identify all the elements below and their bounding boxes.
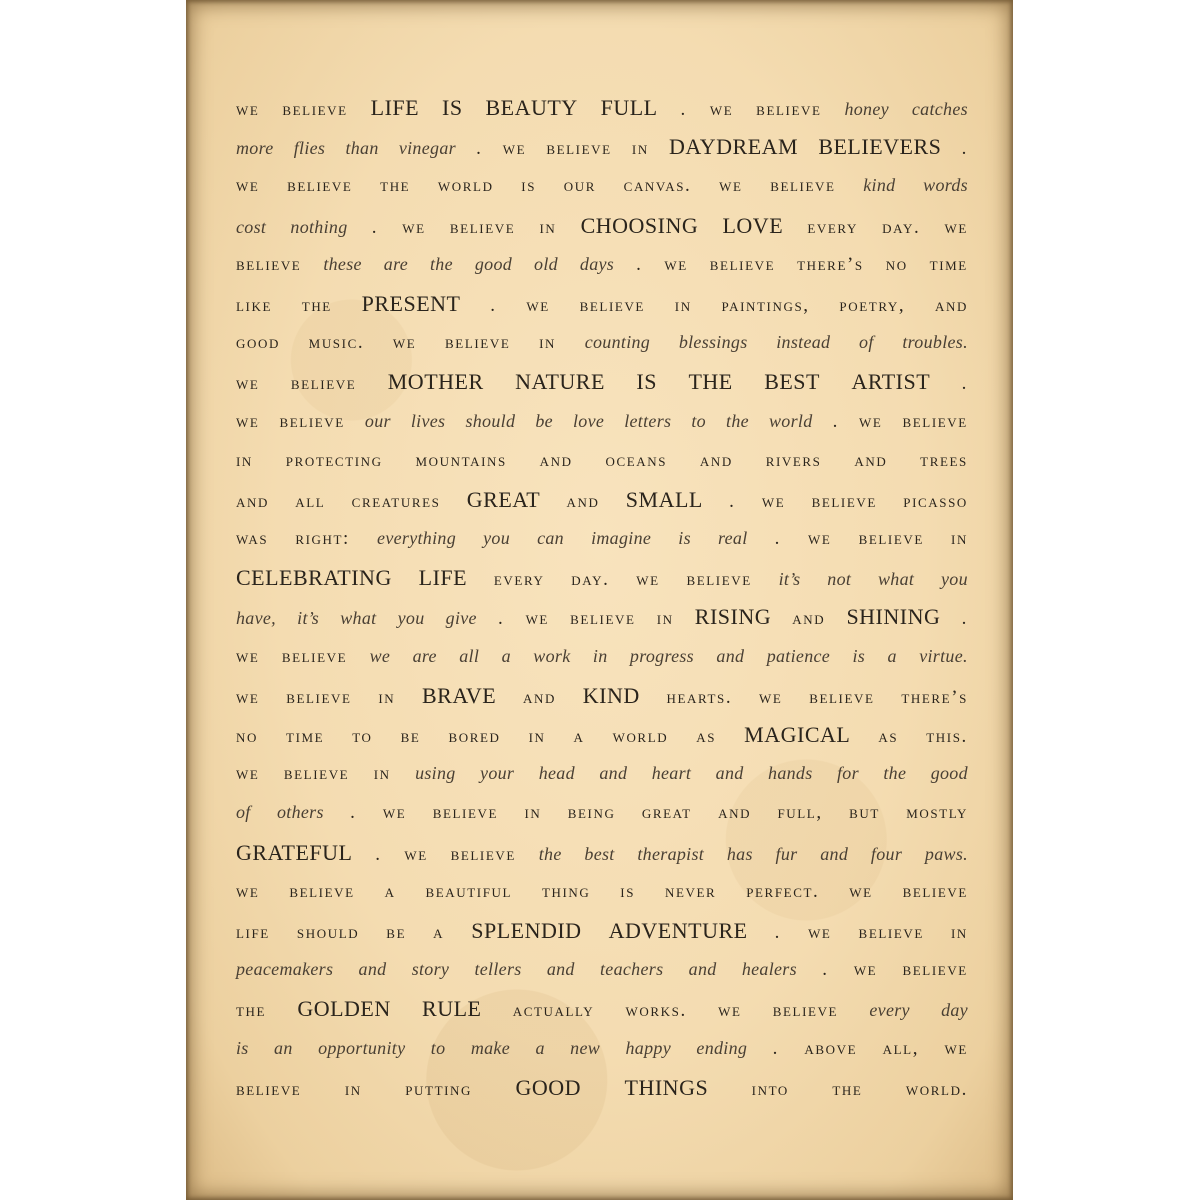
italic-phrase: the xyxy=(430,245,453,284)
italic-phrase: these xyxy=(323,245,361,284)
emphasis-phrase: FULL xyxy=(601,88,658,127)
text-phrase: putting xyxy=(405,1070,472,1109)
text-phrase: We xyxy=(808,913,831,952)
emphasis-phrase: LOVE xyxy=(722,206,783,245)
text-phrase: mountains xyxy=(415,441,506,480)
text-phrase: right: xyxy=(295,519,350,558)
italic-phrase: you xyxy=(398,599,425,638)
text-phrase: in xyxy=(539,323,556,362)
text-phrase: time xyxy=(286,717,324,756)
emphasis-phrase: GREAT xyxy=(467,480,540,519)
text-phrase: and xyxy=(792,599,825,638)
italic-phrase: imagine xyxy=(591,519,651,558)
emphasis-phrase: LIFE xyxy=(419,558,467,597)
italic-phrase: and xyxy=(689,950,717,989)
text-phrase: We xyxy=(526,599,549,638)
text-phrase: . xyxy=(962,599,968,638)
italic-phrase: can xyxy=(537,519,564,558)
emphasis-phrase: DAYDREAM xyxy=(669,127,798,166)
italic-phrase: you xyxy=(941,560,968,599)
text-phrase: great xyxy=(642,793,692,832)
emphasis-phrase: CELEBRATING xyxy=(236,558,392,597)
italic-phrase: ending xyxy=(696,1029,747,1068)
text-phrase: the xyxy=(236,991,266,1030)
text-line: goodmusic.Webelieveincountingblessingsin… xyxy=(236,323,968,362)
text-phrase: . xyxy=(775,913,781,952)
text-phrase: and xyxy=(718,793,751,832)
text-phrase: believe xyxy=(859,913,924,952)
text-phrase: We xyxy=(236,678,259,717)
italic-phrase: nothing xyxy=(290,208,347,247)
text-phrase: believe xyxy=(289,872,354,911)
emphasis-phrase: NATURE xyxy=(515,362,605,401)
manifesto-card: WebelieveLIFEISBEAUTYFULL.Webelievehoney… xyxy=(186,0,1013,1200)
italic-phrase: catches xyxy=(912,90,968,129)
italic-phrase: has xyxy=(727,835,753,874)
text-phrase: . xyxy=(833,402,839,441)
text-phrase: . xyxy=(773,1029,779,1068)
text-line: ofothers.Webelieveinbeinggreatandfull,bu… xyxy=(236,793,968,832)
italic-phrase: happy xyxy=(626,1029,672,1068)
text-phrase: in xyxy=(378,678,395,717)
italic-phrase: head xyxy=(539,754,575,793)
text-phrase: life xyxy=(236,913,270,952)
italic-phrase: days xyxy=(580,245,614,284)
emphasis-phrase: RULE xyxy=(422,989,481,1028)
text-phrase: in xyxy=(236,441,253,480)
text-phrase: no xyxy=(236,717,258,756)
italic-phrase: an xyxy=(274,1029,293,1068)
text-phrase: world xyxy=(438,166,494,205)
text-phrase: a xyxy=(574,717,585,756)
italic-phrase: and xyxy=(547,950,575,989)
italic-phrase: virtue. xyxy=(919,637,968,676)
emphasis-phrase: THE xyxy=(688,362,732,401)
text-phrase: and xyxy=(540,441,573,480)
text-phrase: and xyxy=(567,482,600,521)
text-line: believeinputtingGOODTHINGSintotheworld. xyxy=(236,1068,968,1107)
text-phrase: We xyxy=(236,166,259,205)
emphasis-phrase: BEAUTY xyxy=(485,88,577,127)
text-phrase: was xyxy=(236,519,268,558)
text-phrase: paintings, xyxy=(721,286,809,325)
italic-phrase: a xyxy=(502,637,511,676)
text-phrase: actually xyxy=(513,991,595,1030)
italic-phrase: the xyxy=(883,754,906,793)
italic-phrase: heart xyxy=(652,754,692,793)
emphasis-phrase: GRATEFUL xyxy=(236,833,352,872)
italic-phrase: counting xyxy=(585,323,650,362)
text-phrase: We xyxy=(236,754,259,793)
text-phrase: believe xyxy=(287,166,352,205)
italic-phrase: is xyxy=(852,637,865,676)
text-phrase: world xyxy=(613,717,669,756)
text-phrase: in xyxy=(951,519,968,558)
text-phrase: and xyxy=(700,441,733,480)
text-phrase: We xyxy=(808,519,831,558)
text-phrase: believe xyxy=(859,519,924,558)
italic-phrase: you xyxy=(483,519,510,558)
text-phrase: believe xyxy=(450,208,515,247)
text-phrase: We xyxy=(854,950,877,989)
text-phrase: We xyxy=(236,90,259,129)
italic-phrase: lives xyxy=(411,402,446,441)
italic-phrase: patience xyxy=(767,637,830,676)
text-phrase: creatures xyxy=(352,482,441,521)
text-phrase: there’s xyxy=(901,678,968,717)
text-phrase: in xyxy=(951,913,968,952)
italic-phrase: in xyxy=(593,637,608,676)
text-phrase: . xyxy=(372,208,378,247)
text-phrase: believe xyxy=(903,872,968,911)
italic-phrase: every xyxy=(869,991,909,1030)
text-phrase: believe xyxy=(756,90,821,129)
italic-phrase: it’s xyxy=(297,599,319,638)
text-phrase: we xyxy=(944,1029,967,1068)
text-phrase: is xyxy=(620,872,635,911)
text-phrase: believe xyxy=(570,599,635,638)
text-phrase: no xyxy=(886,245,908,284)
text-phrase: believe xyxy=(812,482,877,521)
text-line: Webelieveabeautifulthingisneverperfect.W… xyxy=(236,872,968,911)
text-phrase: . xyxy=(476,129,482,168)
text-phrase: We xyxy=(383,793,406,832)
text-phrase: believe xyxy=(279,402,344,441)
text-phrase: in xyxy=(524,793,541,832)
text-line: isanopportunitytomakeanewhappyending.Abo… xyxy=(236,1029,968,1068)
text-phrase: We xyxy=(762,482,785,521)
italic-phrase: day xyxy=(941,991,968,1030)
italic-phrase: good xyxy=(931,754,968,793)
text-phrase: believe xyxy=(282,637,347,676)
text-line: Webelievetheworldisourcanvas.Webelieveki… xyxy=(236,166,968,205)
text-line: Webelieveinusingyourheadandheartandhands… xyxy=(236,754,968,793)
emphasis-phrase: ADVENTURE xyxy=(609,911,748,950)
text-phrase: hearts. xyxy=(667,678,733,717)
text-phrase: We xyxy=(404,835,427,874)
italic-phrase: using xyxy=(415,754,456,793)
text-phrase: believe xyxy=(686,560,751,599)
italic-phrase: to xyxy=(431,1029,446,1068)
italic-phrase: work xyxy=(533,637,570,676)
italic-phrase: make xyxy=(471,1029,510,1068)
text-phrase: believe xyxy=(286,678,351,717)
text-phrase: every xyxy=(807,208,858,247)
text-phrase: a xyxy=(385,872,396,911)
text-line: CELEBRATINGLIFEeveryday.Webelieveit’snot… xyxy=(236,558,968,597)
text-phrase: believe xyxy=(451,835,516,874)
text-phrase: We xyxy=(236,637,259,676)
text-phrase: mostly xyxy=(906,793,968,832)
text-line: theGOLDENRULEactuallyworks.Webelieveever… xyxy=(236,989,968,1028)
italic-phrase: hands xyxy=(768,754,813,793)
italic-phrase: story xyxy=(412,950,450,989)
text-line: GRATEFUL.Webelievethebesttherapisthasfur… xyxy=(236,833,968,872)
text-phrase: protecting xyxy=(286,441,383,480)
text-phrase: We xyxy=(759,678,782,717)
text-phrase: bored xyxy=(448,717,500,756)
text-phrase: believe xyxy=(580,286,645,325)
text-phrase: . xyxy=(822,950,828,989)
text-line: inprotectingmountainsandoceansandriversa… xyxy=(236,441,968,480)
italic-phrase: honey xyxy=(844,90,888,129)
italic-phrase: give xyxy=(446,599,477,638)
text-phrase: We xyxy=(945,208,968,247)
italic-phrase: than xyxy=(345,129,378,168)
italic-phrase: therapist xyxy=(637,835,704,874)
text-line: peacemakersandstorytellersandteachersand… xyxy=(236,950,968,989)
text-line: Webelieveourlivesshouldbeloveletterstoth… xyxy=(236,402,968,441)
italic-phrase: the xyxy=(726,402,749,441)
text-line: costnothing.WebelieveinCHOOSINGLOVEevery… xyxy=(236,206,968,245)
text-line: likethePRESENT.Webelieveinpaintings,poet… xyxy=(236,284,968,323)
text-phrase: time xyxy=(930,245,968,284)
text-phrase: in xyxy=(345,1070,362,1109)
italic-phrase: a xyxy=(888,637,897,676)
text-phrase: day. xyxy=(882,208,920,247)
emphasis-phrase: THINGS xyxy=(625,1068,709,1107)
text-phrase: . xyxy=(962,129,968,168)
emphasis-phrase: MOTHER xyxy=(388,362,484,401)
italic-phrase: troubles. xyxy=(902,323,968,362)
text-phrase: day. xyxy=(571,560,609,599)
italic-phrase: flies xyxy=(294,129,326,168)
text-phrase: music. xyxy=(309,323,365,362)
text-phrase: in xyxy=(539,208,556,247)
italic-phrase: new xyxy=(570,1029,600,1068)
text-phrase: We xyxy=(503,129,526,168)
text-phrase: in xyxy=(529,717,546,756)
italic-phrase: and xyxy=(716,637,744,676)
text-phrase: every xyxy=(494,560,545,599)
text-phrase: there’s xyxy=(797,245,864,284)
text-phrase: believe xyxy=(445,323,510,362)
italic-phrase: blessings xyxy=(679,323,748,362)
text-phrase: and xyxy=(236,482,269,521)
italic-phrase: a xyxy=(535,1029,544,1068)
text-phrase: We xyxy=(236,872,259,911)
text-phrase: a xyxy=(433,913,444,952)
text-phrase: . xyxy=(490,286,496,325)
text-phrase: believe xyxy=(809,678,874,717)
text-phrase: We xyxy=(236,364,259,403)
italic-phrase: healers xyxy=(742,950,797,989)
emphasis-phrase: SPLENDID xyxy=(471,911,581,950)
text-phrase: in xyxy=(657,599,674,638)
text-phrase: world. xyxy=(906,1070,968,1109)
text-phrase: believe xyxy=(710,245,775,284)
text-phrase: . xyxy=(636,245,642,284)
text-phrase: We xyxy=(849,872,872,911)
emphasis-phrase: RISING xyxy=(695,597,771,636)
text-phrase: We xyxy=(393,323,416,362)
text-phrase: believe xyxy=(236,1070,301,1109)
emphasis-phrase: SMALL xyxy=(626,480,703,519)
text-phrase: We xyxy=(719,166,742,205)
text-phrase: and xyxy=(854,441,887,480)
text-phrase: works. xyxy=(626,991,687,1030)
emphasis-phrase: KIND xyxy=(583,676,640,715)
italic-phrase: four xyxy=(871,835,902,874)
italic-phrase: should xyxy=(465,402,515,441)
text-line: lifeshouldbeaSPLENDIDADVENTURE.Webelieve… xyxy=(236,911,968,950)
italic-phrase: is xyxy=(678,519,691,558)
italic-phrase: is xyxy=(236,1029,249,1068)
text-phrase: and xyxy=(523,678,556,717)
italic-phrase: and xyxy=(359,950,387,989)
text-phrase: being xyxy=(568,793,616,832)
italic-phrase: teachers xyxy=(600,950,663,989)
text-phrase: oceans xyxy=(605,441,667,480)
text-line: andallcreaturesGREATandSMALL.WebelievePi… xyxy=(236,480,968,519)
emphasis-phrase: BRAVE xyxy=(422,676,496,715)
text-phrase: Picasso xyxy=(903,482,968,521)
text-phrase: . xyxy=(729,482,735,521)
italic-phrase: real xyxy=(718,519,748,558)
italic-phrase: for xyxy=(837,754,859,793)
italic-phrase: words xyxy=(923,166,968,205)
text-phrase: believe xyxy=(546,129,611,168)
italic-phrase: instead xyxy=(776,323,830,362)
text-phrase: should xyxy=(297,913,359,952)
text-phrase: believe xyxy=(773,991,838,1030)
text-phrase: We xyxy=(636,560,659,599)
emphasis-phrase: GOOD xyxy=(516,1068,582,1107)
emphasis-phrase: SHINING xyxy=(846,597,940,636)
text-line: WebelieveMOTHERNATUREISTHEBESTARTIST. xyxy=(236,362,968,401)
italic-phrase: be xyxy=(535,402,553,441)
italic-phrase: vinegar xyxy=(399,129,456,168)
text-phrase: but xyxy=(849,793,880,832)
text-phrase: believe xyxy=(902,402,967,441)
text-line: believethesearethegoodolddays.Webelievet… xyxy=(236,245,968,284)
text-phrase: We xyxy=(859,402,882,441)
text-phrase: thing xyxy=(542,872,590,911)
italic-phrase: peacemakers xyxy=(236,950,333,989)
text-phrase: the xyxy=(832,1070,862,1109)
italic-phrase: love xyxy=(573,402,604,441)
text-phrase: like xyxy=(236,286,272,325)
text-phrase: Above xyxy=(804,1029,857,1068)
italic-phrase: progress xyxy=(630,637,694,676)
text-phrase: as xyxy=(878,717,898,756)
italic-phrase: more xyxy=(236,129,274,168)
italic-phrase: cost xyxy=(236,208,266,247)
emphasis-phrase: PRESENT xyxy=(362,284,461,323)
text-phrase: this. xyxy=(926,717,968,756)
emphasis-phrase: ARTIST xyxy=(851,362,930,401)
text-phrase: . xyxy=(350,793,356,832)
italic-phrase: best xyxy=(584,835,614,874)
text-phrase: in xyxy=(675,286,692,325)
italic-phrase: all xyxy=(459,637,479,676)
italic-phrase: have, xyxy=(236,599,276,638)
italic-phrase: of xyxy=(859,323,874,362)
text-phrase: the xyxy=(380,166,410,205)
text-phrase: . xyxy=(681,90,687,129)
italic-phrase: our xyxy=(365,402,391,441)
emphasis-phrase: MAGICAL xyxy=(744,715,850,754)
italic-phrase: to xyxy=(691,402,706,441)
italic-phrase: fur xyxy=(776,835,798,874)
italic-phrase: and xyxy=(820,835,848,874)
text-phrase: never xyxy=(665,872,716,911)
emphasis-phrase: IS xyxy=(636,362,657,401)
italic-phrase: paws. xyxy=(925,835,968,874)
italic-phrase: what xyxy=(878,560,914,599)
text-phrase: our xyxy=(564,166,596,205)
emphasis-phrase: BEST xyxy=(764,362,820,401)
text-line: wasright:everythingyoucanimagineisreal.W… xyxy=(236,519,968,558)
italic-phrase: what xyxy=(340,599,376,638)
italic-phrase: we xyxy=(370,637,391,676)
text-line: WebelieveLIFEISBEAUTYFULL.Webelievehoney… xyxy=(236,88,968,127)
text-phrase: . xyxy=(962,364,968,403)
italic-phrase: and xyxy=(716,754,744,793)
italic-phrase: your xyxy=(480,754,514,793)
emphasis-phrase: CHOOSING xyxy=(581,206,699,245)
emphasis-phrase: BELIEVERS xyxy=(818,127,941,166)
text-phrase: perfect. xyxy=(746,872,819,911)
italic-phrase: opportunity xyxy=(318,1029,405,1068)
text-phrase: believe xyxy=(284,754,349,793)
text-phrase: believe xyxy=(236,245,301,284)
text-line: WebelieveinBRAVEandKINDhearts.Webelievet… xyxy=(236,676,968,715)
italic-phrase: are xyxy=(384,245,408,284)
text-phrase: poetry, xyxy=(839,286,905,325)
italic-phrase: world xyxy=(769,402,813,441)
italic-phrase: of xyxy=(236,793,251,832)
text-phrase: the xyxy=(302,286,332,325)
text-phrase: all xyxy=(295,482,325,521)
text-phrase: be xyxy=(401,717,421,756)
italic-phrase: kind xyxy=(863,166,895,205)
text-phrase: believe xyxy=(291,364,356,403)
text-phrase: trees xyxy=(920,441,968,480)
text-phrase: in xyxy=(632,129,649,168)
text-phrase: and xyxy=(935,286,968,325)
text-phrase: in xyxy=(374,754,391,793)
italic-phrase: not xyxy=(827,560,851,599)
text-phrase: to xyxy=(352,717,372,756)
emphasis-phrase: GOLDEN xyxy=(297,989,390,1028)
emphasis-phrase: IS xyxy=(442,88,463,127)
text-phrase: We xyxy=(718,991,741,1030)
text-phrase: believe xyxy=(903,950,968,989)
text-phrase: We xyxy=(710,90,733,129)
text-phrase: canvas. xyxy=(624,166,692,205)
text-line: Webelieveweareallaworkinprogressandpatie… xyxy=(236,637,968,676)
text-phrase: We xyxy=(402,208,425,247)
italic-phrase: and xyxy=(599,754,627,793)
text-phrase: . xyxy=(775,519,781,558)
italic-phrase: the xyxy=(539,835,562,874)
italic-phrase: are xyxy=(413,637,437,676)
italic-phrase: it’s xyxy=(779,560,801,599)
text-phrase: as xyxy=(696,717,716,756)
text-phrase: good xyxy=(236,323,280,362)
text-phrase: We xyxy=(664,245,687,284)
text-phrase: into xyxy=(752,1070,789,1109)
italic-phrase: everything xyxy=(377,519,456,558)
text-phrase: . xyxy=(375,835,381,874)
text-phrase: full, xyxy=(777,793,822,832)
text-phrase: believe xyxy=(433,793,498,832)
text-line: morefliesthanvinegar.WebelieveinDAYDREAM… xyxy=(236,127,968,166)
italic-phrase: old xyxy=(534,245,558,284)
text-phrase: believe xyxy=(282,90,347,129)
italic-phrase: good xyxy=(475,245,512,284)
